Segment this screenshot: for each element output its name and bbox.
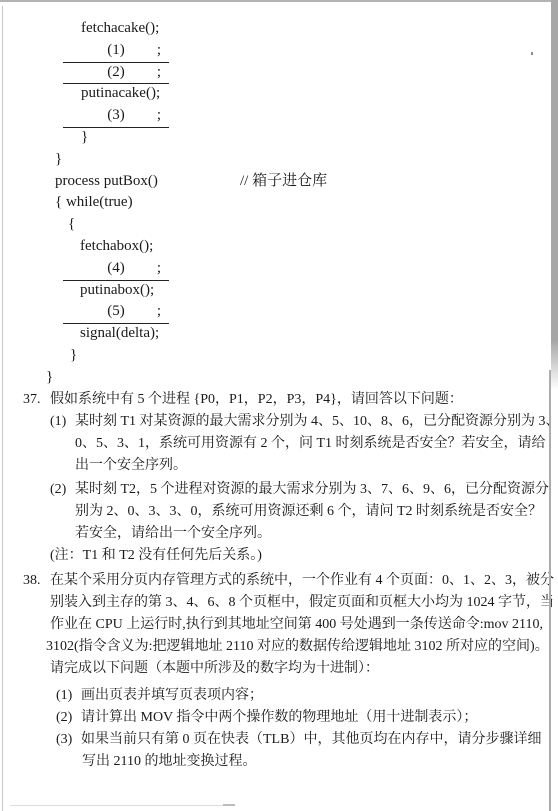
code-line: } xyxy=(0,345,558,367)
question-text: 作业在 CPU 上运行时,执行到其地址空间第 400 号处遇到一条传送命令:mo… xyxy=(50,617,543,632)
question-line: 写出 2110 的地址变换过程。 xyxy=(0,751,537,773)
scan-edge-right-strip xyxy=(551,0,558,390)
question-line: 38.在某个采用分页内存管理方式的系统中，一个作业有 4 个页面：0、1、2、3… xyxy=(0,570,537,592)
code-text: process putBox() xyxy=(55,173,158,189)
item-marker: (1) xyxy=(50,411,66,433)
question-text: (注：T1 和 T2 没有任何先后关系。) xyxy=(50,548,262,563)
scan-edge-bottom-dash xyxy=(223,804,235,806)
code-line: fetchabox(); xyxy=(0,236,558,258)
scan-edge-right-line xyxy=(549,370,551,811)
question-line: 出一个安全序列。 xyxy=(0,455,537,477)
code-text: { xyxy=(68,216,75,232)
question-line: 3102(指令含义为:把逻辑地址 2110 对应的数据传给逻辑地址 3102 所… xyxy=(0,636,537,658)
code-line: (1); xyxy=(0,40,558,62)
question-line: 0、5、3、1，系统可用资源有 2 个，问 T1 时刻系统是否安全？若安全，请给 xyxy=(0,433,537,455)
scan-speck xyxy=(531,52,533,55)
code-text: } xyxy=(81,129,88,145)
code-text: fetchacake(); xyxy=(81,20,159,36)
code-line: (4); xyxy=(0,258,558,280)
code-line: signal(delta); xyxy=(0,323,558,345)
code-text: putinacake(); xyxy=(81,85,160,101)
scan-edge-left xyxy=(2,6,3,811)
item-marker: (2) xyxy=(50,479,66,501)
question-text: 假如系统中有 5 个进程 {P0，P1，P2，P3，P4}，请回答以下问题： xyxy=(50,392,463,407)
question-line: (3)如果当前只有第 0 页在快表（TLB）中，其他页均在内存中，请分步骤详细 xyxy=(0,729,537,751)
question-line: 37.假如系统中有 5 个进程 {P0，P1，P2，P3，P4}，请回答以下问题… xyxy=(0,389,537,411)
question-text: 0、5、3、1，系统可用资源有 2 个，问 T1 时刻系统是否安全？若安全，请给 xyxy=(75,436,546,451)
fill-in-blank: (3); xyxy=(63,105,169,128)
blank-number: (4) xyxy=(107,260,125,276)
question-text: 某时刻 T1 对某资源的最大需求分别为 4、5、10、8、6，已分配资源分别为 … xyxy=(75,414,558,429)
question-line: 若安全，请给出一个安全序列。 xyxy=(0,523,537,545)
blank-number: (2) xyxy=(107,64,125,80)
item-marker: (2) xyxy=(56,707,72,729)
question-number: 37. xyxy=(23,389,41,411)
code-section: fetchacake();(1);(2);putinacake();(3);}}… xyxy=(0,0,558,389)
question-text: 某时刻 T2，5 个进程对资源的最大需求分别为 3、7、6、9、6，已分配资源分 xyxy=(75,482,549,497)
question-line: 请完成以下问题（本题中所涉及的数字均为十进制）： xyxy=(0,658,537,680)
question-number: 38. xyxy=(23,570,41,592)
code-text: signal(delta); xyxy=(80,325,159,341)
questions-section: 37.假如系统中有 5 个进程 {P0，P1，P2，P3，P4}，请回答以下问题… xyxy=(0,389,537,773)
code-line: (3); xyxy=(0,105,558,127)
code-line: putinabox(); xyxy=(0,280,558,302)
question-text: 画出页表并填写页表项内容； xyxy=(81,688,263,703)
code-text: { while(true) xyxy=(55,194,133,210)
code-line: { while(true) xyxy=(0,192,558,214)
blank-semicolon: ; xyxy=(157,62,161,84)
question-text: 如果当前只有第 0 页在快表（TLB）中，其他页均在内存中，请分步骤详细 xyxy=(81,732,541,747)
blank-semicolon: ; xyxy=(157,40,161,62)
code-comment: // 箱子进仓库 xyxy=(240,171,327,193)
question-text: 别装入到主存的第 3、4、6、8 个页框中，假定页面和页框大小均为 1024 字… xyxy=(50,595,554,610)
exam-page: fetchacake();(1);(2);putinacake();(3);}}… xyxy=(0,0,558,811)
code-line: putinacake(); xyxy=(0,83,558,105)
question-line: (1)某时刻 T1 对某资源的最大需求分别为 4、5、10、8、6，已分配资源分… xyxy=(0,411,537,433)
question-line: (1)画出页表并填写页表项内容； xyxy=(0,685,537,707)
question-line: 别为 2、0、3、3、0，系统可用资源还剩 6 个，请问 T2 时刻系统是否安全… xyxy=(0,501,537,523)
item-marker: (1) xyxy=(56,685,72,707)
blank-semicolon: ; xyxy=(157,258,161,280)
question-text: 出一个安全序列。 xyxy=(75,458,187,473)
question-text: 3102(指令含义为:把逻辑地址 2110 对应的数据传给逻辑地址 3102 所… xyxy=(46,639,549,654)
blank-semicolon: ; xyxy=(157,301,161,323)
code-line: } xyxy=(0,127,558,149)
code-line: (2); xyxy=(0,62,558,84)
question-line: (2)某时刻 T2，5 个进程对资源的最大需求分别为 3、7、6、9、6，已分配… xyxy=(0,479,537,501)
question-line: 别装入到主存的第 3、4、6、8 个页框中，假定页面和页框大小均为 1024 字… xyxy=(0,592,537,614)
question-line: (2)请计算出 MOV 指令中两个操作数的物理地址（用十进制表示）； xyxy=(0,707,537,729)
question-line: 作业在 CPU 上运行时,执行到其地址空间第 400 号处遇到一条传送命令:mo… xyxy=(0,614,537,636)
code-line: { xyxy=(0,214,558,236)
fill-in-blank: (4); xyxy=(63,258,169,281)
fill-in-blank: (1); xyxy=(63,40,169,63)
item-marker: (3) xyxy=(56,729,72,751)
code-line: process putBox()// 箱子进仓库 xyxy=(0,171,558,193)
question-text: 请计算出 MOV 指令中两个操作数的物理地址（用十进制表示）； xyxy=(81,710,477,725)
scan-edge-bottom xyxy=(10,805,235,806)
question-text: 若安全，请给出一个安全序列。 xyxy=(75,526,271,541)
question-text: 在某个采用分页内存管理方式的系统中，一个作业有 4 个页面：0、1、2、3，被分 xyxy=(50,573,554,588)
code-line: (5); xyxy=(0,301,558,323)
blank-number: (1) xyxy=(107,42,125,58)
question-text: 写出 2110 的地址变换过程。 xyxy=(82,754,256,769)
code-line: } xyxy=(0,367,558,389)
code-text: } xyxy=(55,151,62,167)
scan-edge-top xyxy=(0,0,558,2)
question-line: (注：T1 和 T2 没有任何先后关系。) xyxy=(0,545,537,567)
blank-number: (3) xyxy=(107,107,125,123)
code-line: fetchacake(); xyxy=(0,18,558,40)
code-text: } xyxy=(46,369,53,385)
code-text: putinabox(); xyxy=(80,282,154,298)
code-text: } xyxy=(70,347,77,363)
blank-semicolon: ; xyxy=(157,105,161,127)
blank-number: (5) xyxy=(107,303,125,319)
question-text: 请完成以下问题（本题中所涉及的数字均为十进制）： xyxy=(50,661,379,676)
code-text: fetchabox(); xyxy=(80,238,153,254)
fill-in-blank: (2); xyxy=(63,62,169,85)
question-text: 别为 2、0、3、3、0，系统可用资源还剩 6 个，请问 T2 时刻系统是否安全… xyxy=(75,504,542,519)
code-line: } xyxy=(0,149,558,171)
fill-in-blank: (5); xyxy=(63,301,169,324)
